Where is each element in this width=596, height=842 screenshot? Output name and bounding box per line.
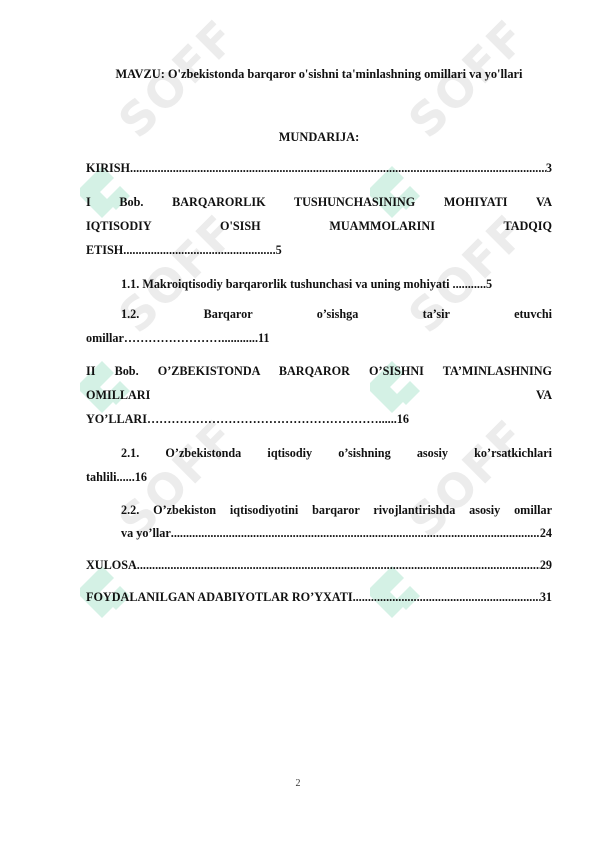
- toc-section-2-1-line2[interactable]: tahlili......16: [86, 469, 552, 485]
- toc-page-number: 29: [540, 557, 552, 573]
- toc-section-2-2-line2[interactable]: va yo’llar 24: [121, 525, 552, 541]
- toc-entry-kirish[interactable]: KIRISH 3: [86, 160, 552, 176]
- toc-page-number: 31: [540, 589, 552, 605]
- toc-chapter-2-line2[interactable]: OMILLARI VA: [86, 387, 552, 403]
- toc-entry-label: va yo’llar: [121, 525, 171, 541]
- toc-page-number: 3: [546, 160, 552, 176]
- toc-chapter-2-line3[interactable]: YO’LLARI…………………………………………………......16: [86, 411, 552, 427]
- toc-entry-label: tahlili: [86, 470, 116, 484]
- toc-section-1-2-line2[interactable]: omillar……………………............11: [86, 330, 552, 346]
- toc-entry-label: YO’LLARI: [86, 412, 147, 426]
- toc-page-number: 16: [397, 412, 409, 426]
- toc-section-2-2-line1[interactable]: 2.2. O’zbekiston iqtisodiyotini barqaror…: [121, 502, 552, 518]
- toc-entry-label: omillar: [86, 331, 124, 345]
- toc-page-number: 5: [276, 243, 282, 257]
- dot-leader: ...........: [453, 277, 487, 291]
- dot-leader: ......: [116, 470, 134, 484]
- toc-entry-label: FOYDALANILGAN ADABIYOTLAR RO’YXATI: [86, 589, 353, 605]
- toc-entry-xulosa[interactable]: XULOSA 29: [86, 557, 552, 573]
- toc-page-number: 11: [258, 331, 270, 345]
- dot-leader: [171, 525, 540, 541]
- toc-chapter-1-line3[interactable]: ETISH...................................…: [86, 242, 552, 258]
- toc-entry-adabiyotlar[interactable]: FOYDALANILGAN ADABIYOTLAR RO’YXATI 31: [86, 589, 552, 605]
- toc-page-number: 24: [540, 525, 552, 541]
- toc-section-1-1[interactable]: 1.1. Makroiqtisodiy barqarorlik tushunch…: [121, 276, 552, 292]
- dot-leader: [137, 557, 540, 573]
- toc-page-number: 5: [486, 277, 492, 291]
- toc-page-number: 16: [135, 470, 147, 484]
- dot-leader: ……………………............: [124, 331, 258, 345]
- dot-leader: ........................................…: [123, 243, 275, 257]
- toc-section-1-2-line1[interactable]: 1.2. Barqaror o’sishga ta’sir etuvchi: [121, 306, 552, 322]
- document-title: MAVZU: O'zbekistonda barqaror o'sishni t…: [86, 67, 552, 82]
- toc-entry-label: 1.1. Makroiqtisodiy barqarorlik tushunch…: [121, 277, 453, 291]
- page-number: 2: [0, 778, 596, 789]
- toc-chapter-2-line1[interactable]: II Bob. O’ZBEKISTONDA BARQAROR O’SISHNI …: [86, 363, 552, 379]
- dot-leader: [130, 160, 546, 176]
- toc-entry-label: XULOSA: [86, 557, 137, 573]
- toc-chapter-1-line2[interactable]: IQTISODIY O'SISH MUAMMOLARINI TADQIQ: [86, 218, 552, 234]
- dot-leader: …………………………………………………......: [147, 412, 397, 426]
- toc-section-2-1-line1[interactable]: 2.1. O’zbekistonda iqtisodiy o’sishning …: [121, 445, 552, 461]
- toc-heading: MUNDARIJA:: [86, 130, 552, 145]
- toc-entry-label: KIRISH: [86, 160, 130, 176]
- dot-leader: [353, 589, 540, 605]
- toc-entry-label: ETISH: [86, 243, 123, 257]
- toc-chapter-1-line1[interactable]: I Bob. BARQARORLIK TUSHUNCHASINING MOHIY…: [86, 194, 552, 210]
